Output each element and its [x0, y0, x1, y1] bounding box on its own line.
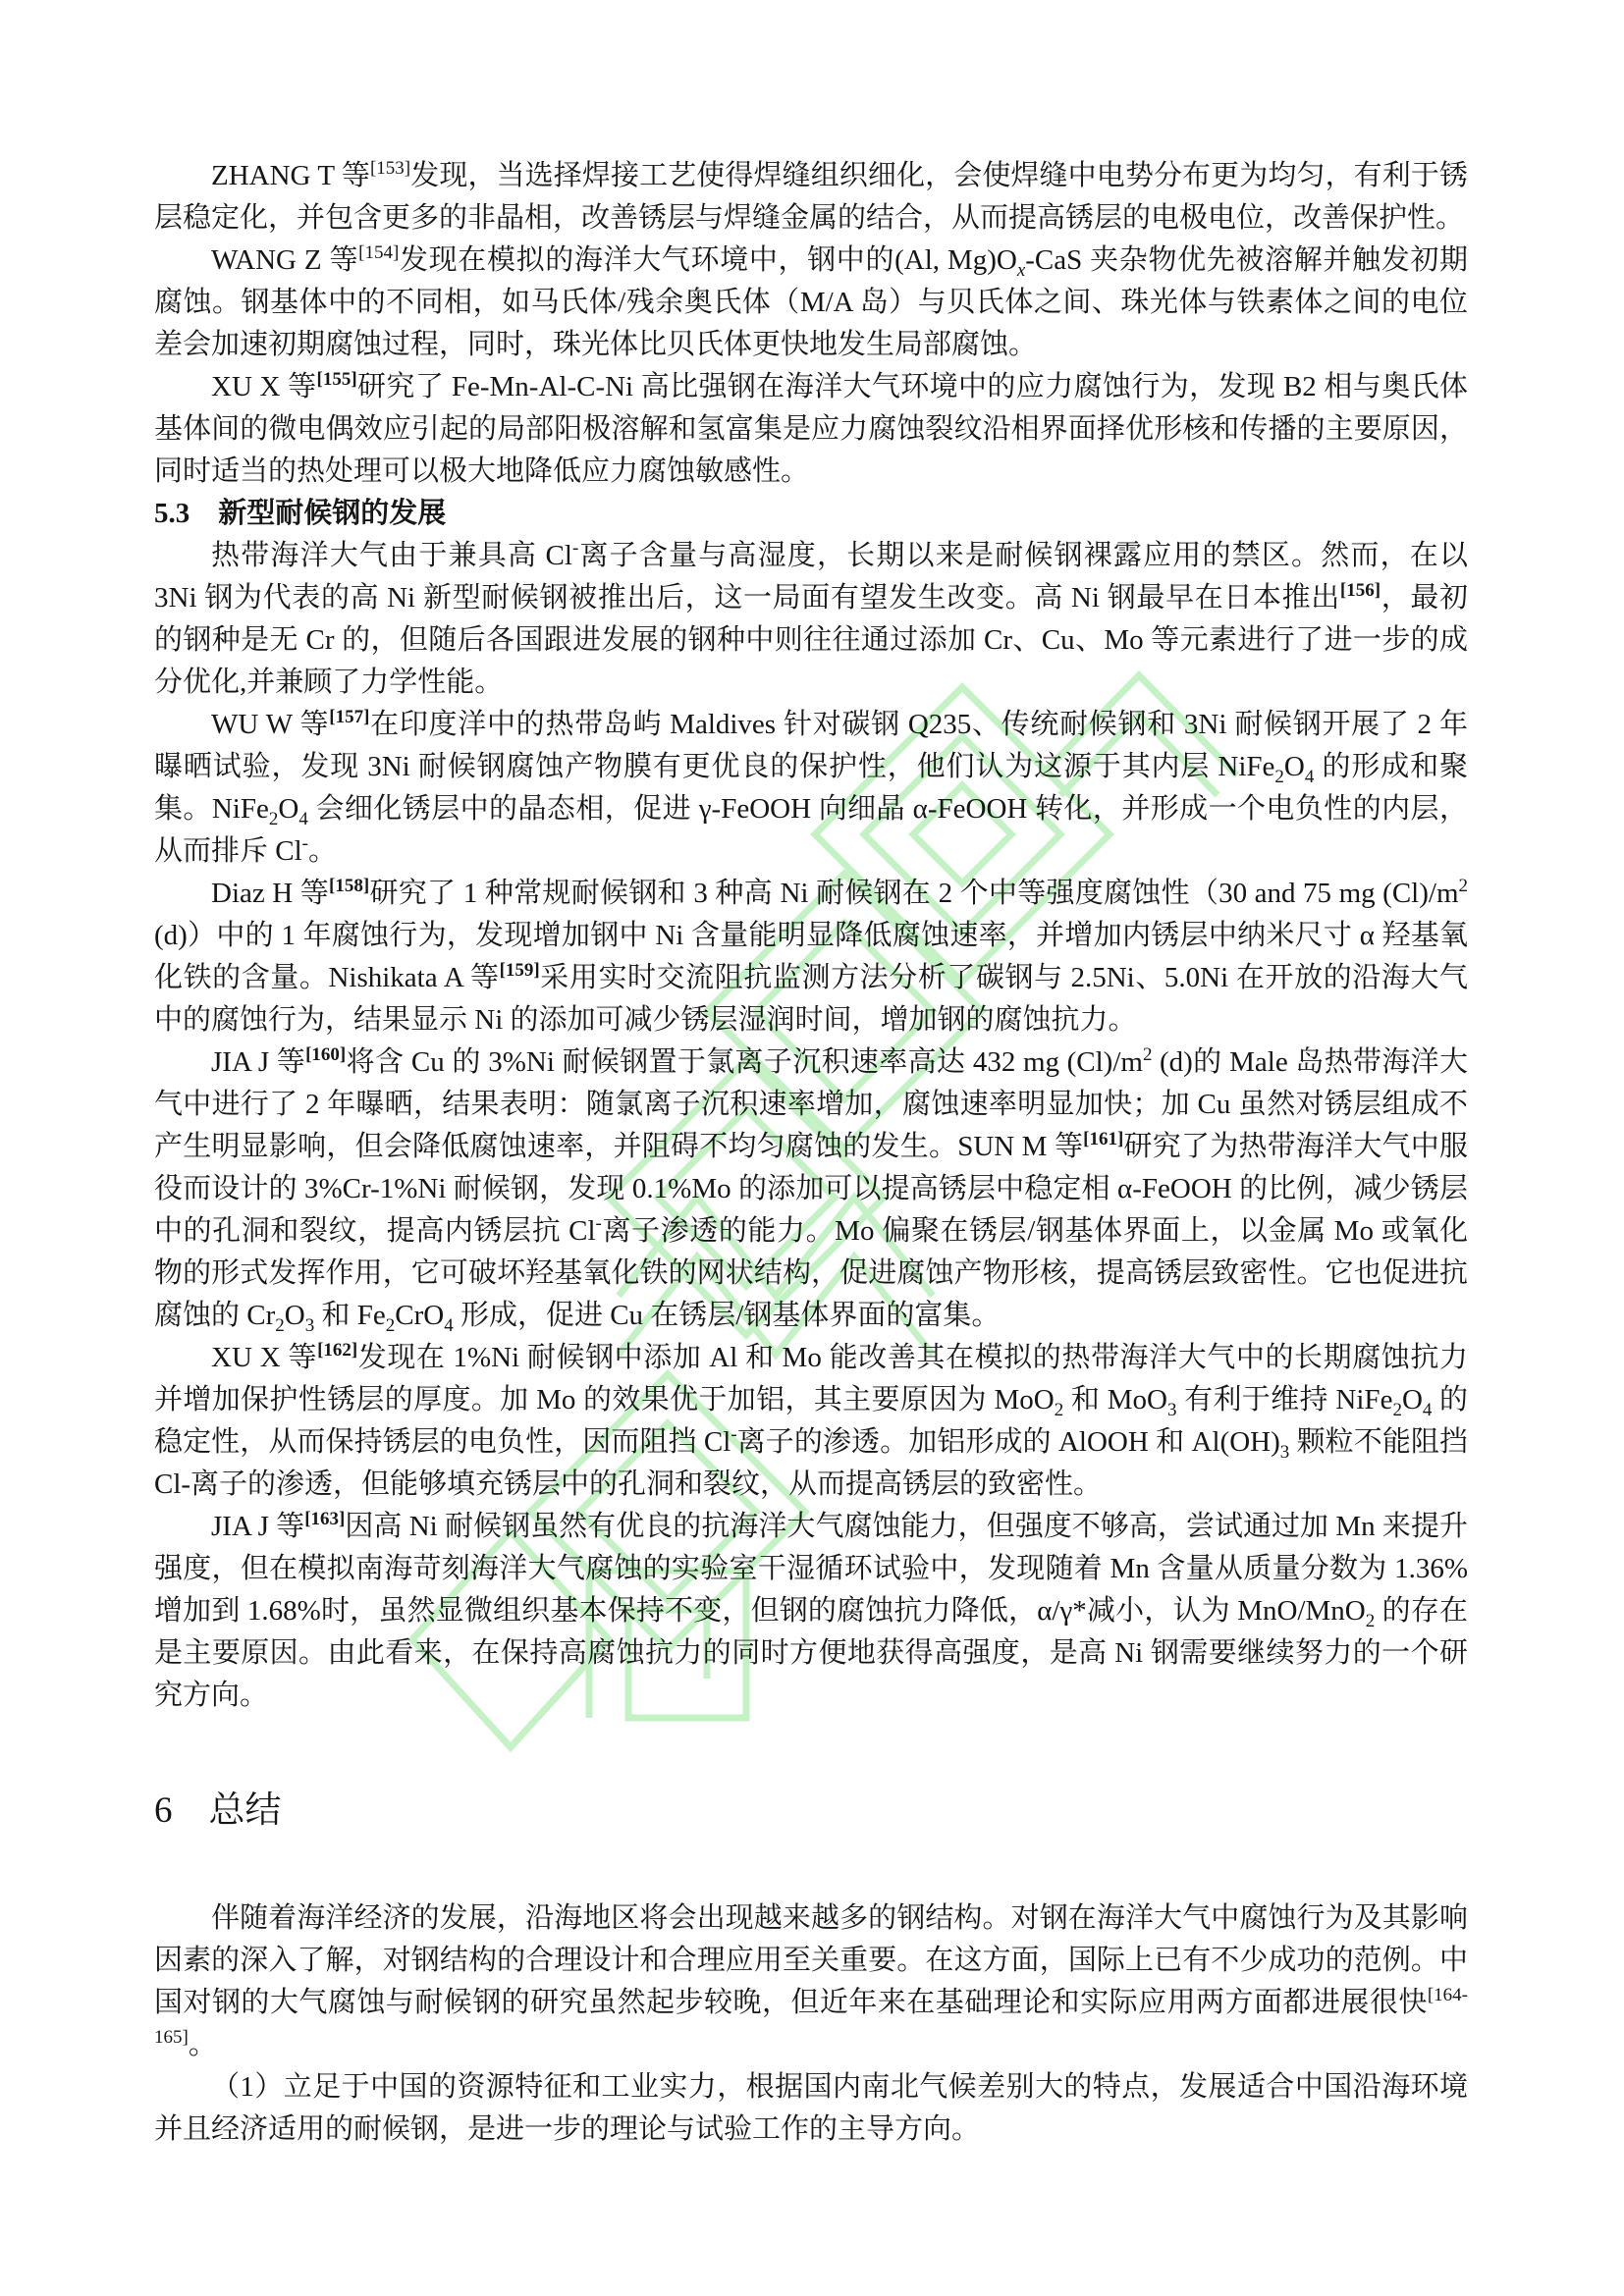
paragraph-zhang-t: ZHANG T 等[153]发现，当选择焊接工艺使得焊缝组织细化，会使焊缝中电势… [154, 155, 1468, 240]
subscript: x [1017, 260, 1025, 281]
subscript: 4 [1423, 1400, 1433, 1420]
paragraph-tropical-marine: 热带海洋大气由于兼具高 Cl-离子含量与高湿度，长期以来是耐候钢裸露应用的禁区。… [154, 535, 1468, 704]
paragraph-summary-point-1: （1）立足于中国的资源特征和工业实力，根据国内南北气候差别大的特点，发展适合中国… [154, 2066, 1468, 2151]
section-heading-5-3: 5.3 新型耐候钢的发展 [154, 493, 1468, 535]
superscript: [159] [500, 960, 540, 981]
superscript: 2 [1459, 876, 1469, 896]
paragraph-xu-x-162: XU X 等[162]发现在 1%Ni 耐候钢中添加 Al 和 Mo 能改善其在… [154, 1337, 1468, 1506]
superscript: - [572, 538, 578, 559]
superscript: 2 [1143, 1044, 1153, 1065]
subscript: 4 [298, 809, 308, 829]
subscript: 4 [1305, 767, 1315, 787]
superscript: [160] [305, 1044, 346, 1065]
subscript: 2 [386, 1315, 396, 1336]
subscript: 3 [305, 1315, 315, 1336]
chapter-heading-6: 6 总结 [154, 1786, 1468, 1837]
superscript: [156] [1340, 580, 1380, 601]
paragraph-xu-x-155: XU X 等[155]研究了 Fe-Mn-Al-C-Ni 高比强钢在海洋大气环境… [154, 366, 1468, 493]
paragraph-wang-z: WANG Z 等[154]发现在模拟的海洋大气环境中，钢中的(Al, Mg)Ox… [154, 240, 1468, 366]
subscript: 4 [444, 1315, 454, 1336]
paper-page: ZHANG T 等[153]发现，当选择焊接工艺使得焊缝组织细化，会使焊缝中电势… [0, 0, 1624, 2296]
paragraph-jia-j-163: JIA J 等[163]因高 Ni 耐候钢虽然有优良的抗海洋大气腐蚀能力，但强度… [154, 1506, 1468, 1717]
superscript: [161] [1083, 1129, 1123, 1149]
superscript: [163] [304, 1509, 345, 1529]
superscript: - [302, 833, 308, 854]
superscript: [157] [329, 707, 369, 727]
superscript: - [731, 1424, 736, 1445]
paragraph-jia-j-sun-m: JIA J 等[160]将含 Cu 的 3%Ni 耐候钢置于氯离子沉积速率高达 … [154, 1041, 1468, 1337]
paragraph-summary-intro: 伴随着海洋经济的发展，沿海地区将会出现越来越多的钢结构。对钢在海洋大气中腐蚀行为… [154, 1897, 1468, 2066]
superscript: [164-165] [154, 1985, 1468, 2048]
superscript: [153] [370, 158, 410, 179]
subscript: 2 [1055, 1400, 1064, 1420]
page-content: ZHANG T 等[153]发现，当选择焊接工艺使得焊缝组织细化，会使焊缝中电势… [154, 155, 1468, 2151]
subscript: 2 [275, 1315, 285, 1336]
superscript: [162] [317, 1340, 357, 1361]
subscript: 3 [1280, 1442, 1290, 1463]
superscript: [155] [317, 369, 357, 390]
superscript: - [596, 1213, 602, 1234]
superscript: [158] [329, 876, 369, 896]
paragraph-wu-w: WU W 等[157]在印度洋中的热带岛屿 Maldives 针对碳钢 Q235… [154, 704, 1468, 873]
subscript: 3 [1167, 1400, 1177, 1420]
superscript: [154] [358, 242, 399, 263]
subscript: 2 [1274, 767, 1284, 787]
subscript: 2 [1392, 1400, 1402, 1420]
subscript: 2 [1366, 1611, 1376, 1631]
paragraph-diaz-nishikata: Diaz H 等[158]研究了 1 种常规耐候钢和 3 种高 Ni 耐候钢在 … [154, 873, 1468, 1041]
subscript: 2 [269, 809, 279, 829]
